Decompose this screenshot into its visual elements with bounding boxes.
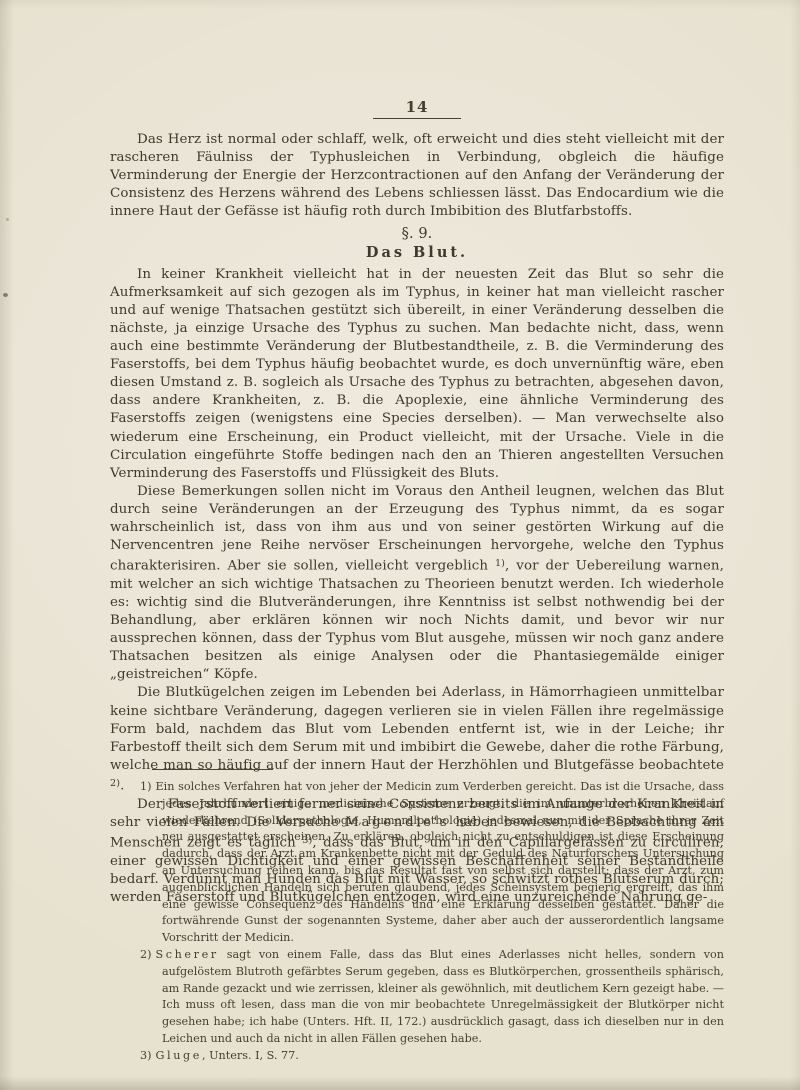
footnote-text: Ein solches Verfahren hat von jeher der … (155, 780, 724, 944)
footnote-marker: 2) (140, 948, 155, 961)
paper-speck (6, 218, 9, 221)
footnote-2: 2)Scherer sagt von einem Falle, dass das… (140, 947, 724, 1048)
section-title: Das Blut. (110, 244, 724, 262)
footnote-ref: 1) (495, 558, 505, 569)
text-segment: sagt von einem Falle, dass das Blut eine… (162, 948, 724, 1045)
text-segment: In keiner Krankheit vielleicht hat in de… (110, 267, 724, 481)
text-segment: Scherer (155, 948, 218, 961)
text-segment: Ein solches Verfahren hat von jeher der … (155, 780, 724, 944)
footnote-1: 1)Ein solches Verfahren hat von jeher de… (140, 779, 724, 947)
text-segment: Gluge (155, 1049, 202, 1062)
footnote-ref: 2) (110, 778, 120, 789)
footnotes: 1)Ein solches Verfahren hat von jeher de… (140, 779, 724, 1065)
text-segment: Die Blutkügelchen zeigen im Lebenden bei… (110, 685, 724, 772)
text-segment: , Unters. I, S. 77. (202, 1049, 299, 1062)
paper-speck (3, 293, 8, 297)
footnote-text: Scherer sagt von einem Falle, dass das B… (155, 948, 724, 1045)
text-segment: Das Herz ist normal oder schlaff, welk, … (110, 132, 724, 219)
page-number-rule (373, 118, 461, 119)
footnote-text: Gluge, Unters. I, S. 77. (155, 1049, 298, 1062)
footnote-marker: 1) (140, 780, 155, 793)
paragraph-remarks: Diese Bemerkungen sollen nicht im Voraus… (110, 483, 724, 685)
page-number: 14 (406, 98, 429, 116)
footnote-3: 3)Gluge, Unters. I, S. 77. (140, 1048, 724, 1065)
footnote-marker: 3) (140, 1049, 155, 1062)
text-segment: , vor der Uebereilung warnen, mit welche… (110, 559, 724, 683)
text-segment: . (120, 779, 124, 794)
book-page: 14 Das Herz ist normal oder schlaff, wel… (0, 0, 800, 1090)
section-mark: §. 9. (110, 225, 724, 243)
page-header: 14 (110, 97, 724, 119)
footnote-separator (152, 769, 273, 770)
paragraph-heart: Das Herz ist normal oder schlaff, welk, … (110, 131, 724, 221)
paragraph-blood-attention: In keiner Krankheit vielleicht hat in de… (110, 266, 724, 483)
